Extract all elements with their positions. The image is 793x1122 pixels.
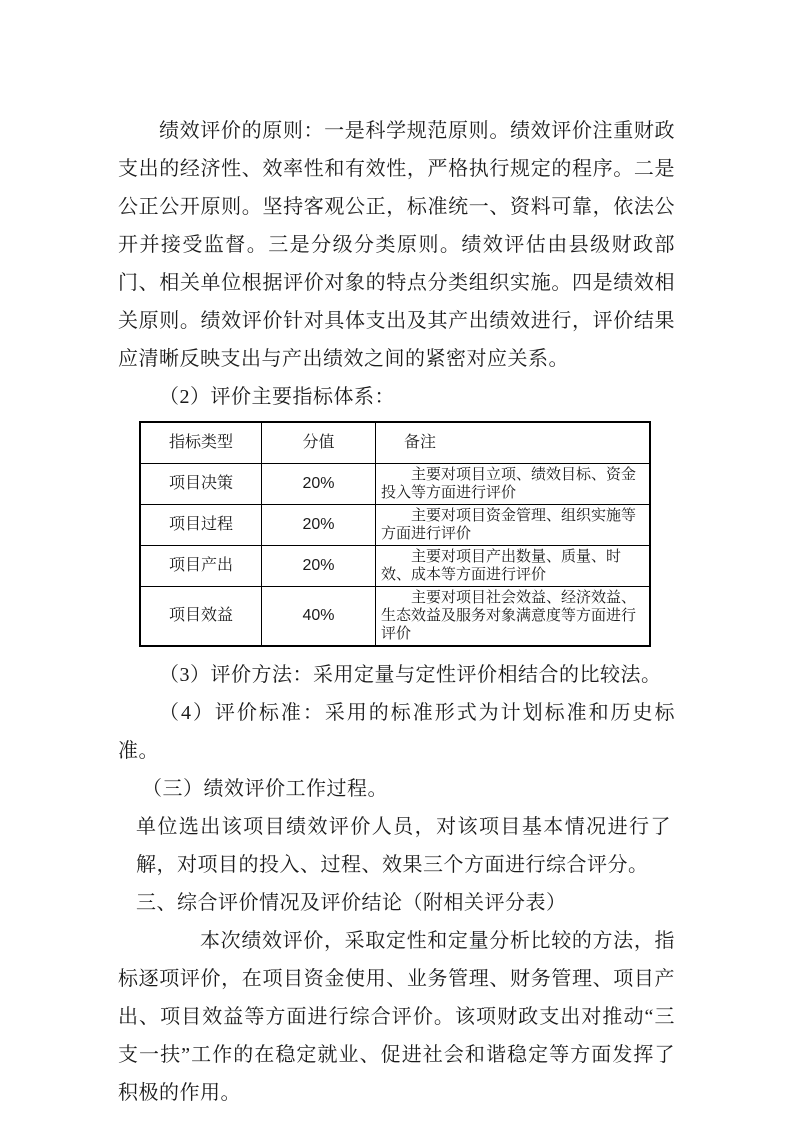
cell-note: 主要对项目社会效益、经济效益、生态效益及服务对象满意度等方面进行评价 [376, 587, 651, 647]
indicator-table: 指标类型 分值 备注 项目决策 20% 主要对项目立项、绩效目标、资金投入等方面… [139, 421, 651, 647]
cell-indicator-type: 项目产出 [140, 546, 262, 587]
document-page: 绩效评价的原则：一是科学规范原则。绩效评价注重财政支出的经济性、效率性和有效性，… [0, 0, 793, 1122]
cell-note: 主要对项目产出数量、质量、时效、成本等方面进行评价 [376, 546, 651, 587]
cell-score: 40% [262, 587, 376, 647]
table-row-project-process: 项目过程 20% 主要对项目资金管理、组织实施等方面进行评价 [140, 505, 650, 546]
cell-score: 20% [262, 505, 376, 546]
table-row-project-output: 项目产出 20% 主要对项目产出数量、质量、时效、成本等方面进行评价 [140, 546, 650, 587]
cell-indicator-type: 项目效益 [140, 587, 262, 647]
paragraph-process-description: 单位选出该项目绩效评价人员，对该项目基本情况进行了解，对项目的投入、过程、效果三… [118, 808, 675, 884]
cell-note: 主要对项目立项、绩效目标、资金投入等方面进行评价 [376, 464, 651, 505]
heading-evaluation-process: （三）绩效评价工作过程。 [118, 770, 675, 808]
paragraph-evaluation-method: （3）评价方法：采用定量与定性评价相结合的比较法。 [118, 656, 675, 694]
table-row-project-decision: 项目决策 20% 主要对项目立项、绩效目标、资金投入等方面进行评价 [140, 464, 650, 505]
cell-note: 主要对项目资金管理、组织实施等方面进行评价 [376, 505, 651, 546]
header-cell-score: 分值 [262, 422, 376, 464]
document-body: 绩效评价的原则：一是科学规范原则。绩效评价注重财政支出的经济性、效率性和有效性，… [118, 112, 675, 1112]
cell-score: 20% [262, 546, 376, 587]
table-row-project-benefit: 项目效益 40% 主要对项目社会效益、经济效益、生态效益及服务对象满意度等方面进… [140, 587, 650, 647]
cell-indicator-type: 项目决策 [140, 464, 262, 505]
table-header-row: 指标类型 分值 备注 [140, 422, 650, 464]
paragraph-conclusion: 本次绩效评价，采取定性和定量分析比较的方法，指标逐项评价，在项目资金使用、业务管… [118, 922, 675, 1112]
header-cell-indicator-type: 指标类型 [140, 422, 262, 464]
paragraph-evaluation-principles: 绩效评价的原则：一是科学规范原则。绩效评价注重财政支出的经济性、效率性和有效性，… [118, 112, 675, 378]
heading-overall-conclusion: 三、综合评价情况及评价结论（附相关评分表） [118, 884, 675, 922]
cell-score: 20% [262, 464, 376, 505]
cell-indicator-type: 项目过程 [140, 505, 262, 546]
paragraph-evaluation-standard: （4）评价标准：采用的标准形式为计划标准和历史标准。 [118, 694, 675, 770]
header-cell-note: 备注 [376, 422, 651, 464]
heading-indicator-system: （2）评价主要指标体系： [118, 378, 675, 416]
